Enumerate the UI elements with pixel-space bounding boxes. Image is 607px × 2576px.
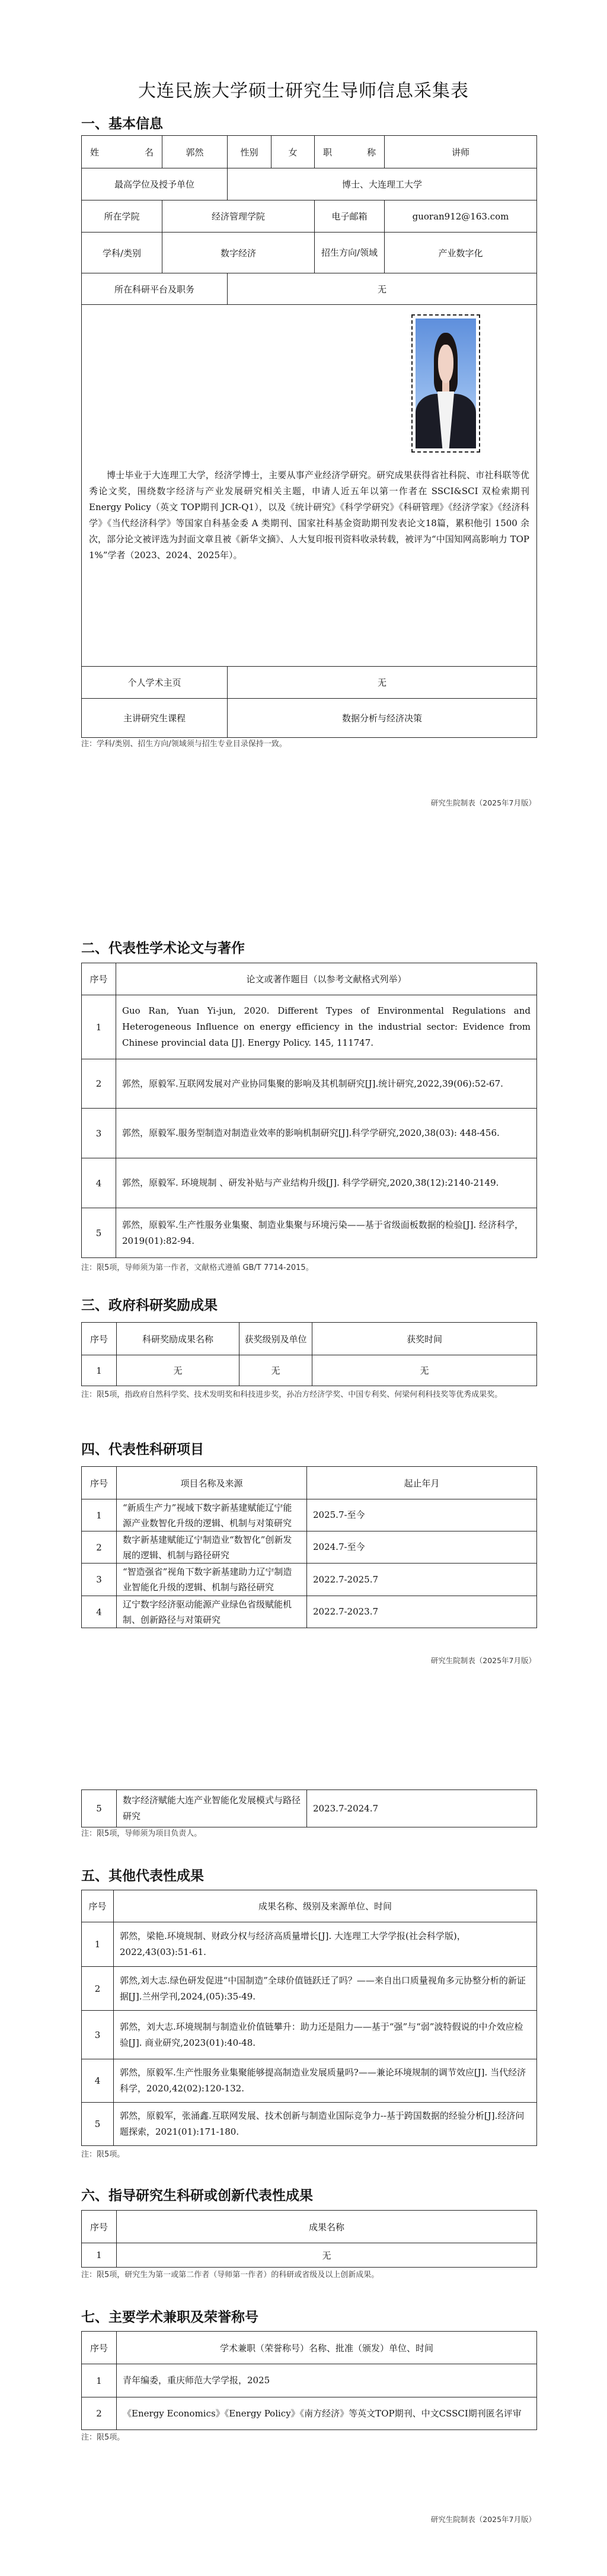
portrait-image [416,319,476,448]
section-heading-projects: 四、代表性科研项目 [81,1438,204,1458]
row-no: 2 [82,1531,117,1564]
project-period: 2022.7-2025.7 [307,1564,537,1596]
col-header-title: 论文或著作题目（以参考文献格式列举） [116,963,537,995]
degree-label: 最高学位及授予单位 [82,168,228,200]
course-value: 数据分析与经济决策 [228,699,537,738]
discipline-value: 数字经济 [162,233,315,273]
table-row: 姓名 郭然 性别 女 职称 讲师 [82,136,537,168]
table-row: 3 “智造强省”视角下数字新基建助力辽宁制造业智能化升级的逻辑、机制与路径研究 … [82,1564,537,1596]
other-achievements-note: 注：限5项。 [81,2149,538,2161]
email-value: guoran912@163.com [385,200,537,233]
row-no: 2 [82,1967,114,2011]
col-header-period: 起止年月 [307,1467,537,1499]
project-name: 数字经济赋能大连产业智能化发展模式与路径研究 [117,1790,307,1827]
table-row: 2 《Energy Economics》《Energy Policy》《南方经济… [82,2397,537,2430]
table-row: 1 无 [82,2243,537,2268]
projects-note: 注：限5项，导师须为项目负责人。 [81,1828,538,1840]
row-no: 4 [82,1158,116,1208]
honor-text: 《Energy Economics》《Energy Policy》《南方经济》等… [117,2397,537,2430]
projects-table-continued: 5 数字经济赋能大连产业智能化发展模式与路径研究 2023.7-2024.7 [81,1789,537,1827]
papers-note: 注：限5项，导师须为第一作者，文献格式遵循 GB/T 7714-2015。 [81,1262,538,1274]
table-row: 所在学院 经济管理学院 电子邮箱 guoran912@163.com [82,200,537,233]
projects-table: 序号 项目名称及来源 起止年月 1 “新质生产力”视域下数字新基建赋能辽宁能源产… [81,1466,537,1628]
award-time: 无 [312,1355,537,1386]
table-row: 最高学位及授予单位 博士、大连理工大学 [82,168,537,200]
section-heading-student-achievements: 六、指导研究生科研或创新代表性成果 [81,2185,313,2204]
college-label: 所在学院 [82,200,162,233]
achievement-name: 无 [117,2243,537,2268]
rank-value: 讲师 [385,136,537,168]
table-row: 序号 成果名称、级别及来源单位、时间 [82,1890,537,1922]
col-header-award-name: 科研奖励成果名称 [117,1323,239,1355]
platform-label: 所在科研平台及职务 [82,273,228,305]
table-row: 2 郭然，原毅军.互联网发展对产业协同集聚的影响及其机制研究[J].统计研究,2… [82,1059,537,1109]
table-row: 序号 项目名称及来源 起止年月 [82,1467,537,1499]
col-header-no: 序号 [82,963,116,995]
project-period: 2023.7-2024.7 [307,1790,537,1827]
college-value: 经济管理学院 [162,200,315,233]
page-footer-3: 研究生院制表（2025年7月版） [431,2514,536,2524]
col-header-no: 序号 [82,2211,117,2243]
paper-citation: 郭然，原毅军.服务型制造对制造业效率的影响机制研究[J].科学学研究,2020,… [116,1109,537,1158]
table-row: 4 郭然，原毅军. 环境规制 、研发补贴与产业结构升级[J]. 科学学研究,20… [82,1158,537,1208]
paper-citation: 郭然，原毅军.生产性服务业集聚、制造业集聚与环境污染——基于省级面板数据的检验[… [116,1208,537,1258]
table-row: 2 数字新基建赋能辽宁制造业“数智化”创新发展的逻辑、机制与路径研究 2024.… [82,1531,537,1564]
row-no: 5 [82,2103,114,2146]
col-header-award-level: 获奖级别及单位 [239,1323,312,1355]
col-header-no: 序号 [82,2332,117,2364]
section-heading-awards: 三、政府科研奖励成果 [81,1294,218,1314]
project-name: 辽宁数字经济驱动能源产业绿色省级赋能机制、创新路径与对策研究 [117,1596,307,1628]
achievement-text: 郭然，原毅军，张涌鑫.互联网发展、技术创新与制造业国际竞争力--基于跨国数据的经… [114,2103,537,2146]
portrait-photo [411,314,480,453]
direction-label: 招生方向/领域 [315,233,385,273]
achievement-text: 郭然，刘大志.环境规制与制造业价值链攀升：助力还是阻力——基于“强”与“弱”波特… [114,2011,537,2059]
project-name: “智造强省”视角下数字新基建助力辽宁制造业智能化升级的逻辑、机制与路径研究 [117,1564,307,1596]
row-no: 1 [82,2243,117,2268]
row-no: 1 [82,995,116,1059]
homepage-value: 无 [228,667,537,699]
direction-value: 产业数字化 [385,233,537,273]
row-no: 1 [82,1499,117,1531]
table-row: 主讲研究生课程 数据分析与经济决策 [82,699,537,738]
page-footer-2: 研究生院制表（2025年7月版） [431,1655,536,1666]
discipline-label: 学科/类别 [82,233,162,273]
row-no: 2 [82,2397,117,2430]
section-heading-honors: 七、主要学术兼职及荣誉称号 [81,2306,258,2326]
col-header-project-name: 项目名称及来源 [117,1467,307,1499]
homepage-label: 个人学术主页 [82,667,228,699]
course-label: 主讲研究生课程 [82,699,228,738]
bio-text: 博士毕业于大连理工大学，经济学博士，主要从事产业经济学研究。研究成果获得省社科院… [89,467,529,563]
table-row: 1 “新质生产力”视域下数字新基建赋能辽宁能源产业数智化升级的逻辑、机制与对策研… [82,1499,537,1531]
row-no: 1 [82,1922,114,1967]
col-header-no: 序号 [82,1323,117,1355]
papers-table: 序号 论文或著作题目（以参考文献格式列举） 1 Guo Ran, Yuan Yi… [81,963,537,1258]
row-no: 3 [82,1564,117,1596]
table-row: 5 郭然，原毅军.生产性服务业集聚、制造业集聚与环境污染——基于省级面板数据的检… [82,1208,537,1258]
project-period: 2024.7-至今 [307,1531,537,1564]
table-row: 3 郭然，原毅军.服务型制造对制造业效率的影响机制研究[J].科学学研究,202… [82,1109,537,1158]
table-row: 1 Guo Ran, Yuan Yi-jun, 2020. Different … [82,995,537,1059]
basic-info-note: 注：学科/类别、招生方向/领域须与招生专业目录保持一致。 [81,738,538,750]
paper-citation: 郭然，原毅军.互联网发展对产业协同集聚的影响及其机制研究[J].统计研究,202… [116,1059,537,1109]
section-heading-basic-info: 一、基本信息 [81,113,163,132]
achievement-text: 郭然,刘大志.绿色研发促进“中国制造”全球价值链跃迁了吗？——来自出口质量视角多… [114,1967,537,2011]
degree-value: 博士、大连理工大学 [228,168,537,200]
awards-table: 序号 科研奖励成果名称 获奖级别及单位 获奖时间 1 无 无 无 [81,1322,537,1386]
col-header-honor: 学术兼职（荣誉称号）名称、批准（颁发）单位、时间 [117,2332,537,2364]
award-name: 无 [117,1355,239,1386]
table-row: 序号 学术兼职（荣誉称号）名称、批准（颁发）单位、时间 [82,2332,537,2364]
platform-value: 无 [228,273,537,305]
project-name: “新质生产力”视域下数字新基建赋能辽宁能源产业数智化升级的逻辑、机制与对策研究 [117,1499,307,1531]
col-header-award-time: 获奖时间 [312,1323,537,1355]
awards-note: 注：限5项，指政府自然科学奖、技术发明奖和科技进步奖，孙冶方经济学奖、中国专利奖… [81,1387,538,1403]
honor-text: 青年编委，重庆师范大学学报，2025 [117,2364,537,2397]
gender-value: 女 [271,136,315,168]
table-row: 5 郭然，原毅军，张涌鑫.互联网发展、技术创新与制造业国际竞争力--基于跨国数据… [82,2103,537,2146]
table-row: 个人学术主页 无 [82,667,537,699]
table-row: 序号 论文或著作题目（以参考文献格式列举） [82,963,537,995]
row-no: 3 [82,2011,114,2059]
table-row: 1 无 无 无 [82,1355,537,1386]
honors-table: 序号 学术兼职（荣誉称号）名称、批准（颁发）单位、时间 1 青年编委，重庆师范大… [81,2331,537,2430]
col-header-no: 序号 [82,1890,114,1922]
other-achievements-table: 序号 成果名称、级别及来源单位、时间 1 郭然，梁艳.环境规制、财政分权与经济高… [81,1890,537,2146]
table-row: 3 郭然，刘大志.环境规制与制造业价值链攀升：助力还是阻力——基于“强”与“弱”… [82,2011,537,2059]
page-title: 大连民族大学硕士研究生导师信息采集表 [0,76,607,102]
row-no: 4 [82,2059,114,2103]
page-footer-1: 研究生院制表（2025年7月版） [431,797,536,808]
col-header-achievement: 成果名称、级别及来源单位、时间 [114,1890,537,1922]
row-no: 2 [82,1059,116,1109]
table-row: 4 郭然，原毅军.生产性服务业集聚能够提高制造业发展质量吗?——兼论环境规制的调… [82,2059,537,2103]
project-period: 2025.7-至今 [307,1499,537,1531]
student-achievements-table: 序号 成果名称 1 无 [81,2210,537,2268]
row-no: 3 [82,1109,116,1158]
table-row: 1 郭然，梁艳.环境规制、财政分权与经济高质量增长[J]. 大连理工大学学报(社… [82,1922,537,1967]
award-level: 无 [239,1355,312,1386]
basic-info-table: 姓名 郭然 性别 女 职称 讲师 最高学位及授予单位 博士、大连理工大学 所在学… [81,135,537,738]
table-row: 序号 成果名称 [82,2211,537,2243]
table-row: 博士毕业于大连理工大学，经济学博士，主要从事产业经济学研究。研究成果获得省社科院… [82,305,537,667]
section-heading-other-achievements: 五、其他代表性成果 [81,1865,204,1884]
row-no: 5 [82,1208,116,1258]
table-row: 所在科研平台及职务 无 [82,273,537,305]
table-row: 学科/类别 数字经济 招生方向/领域 产业数字化 [82,233,537,273]
achievement-text: 郭然，原毅军.生产性服务业集聚能够提高制造业发展质量吗?——兼论环境规制的调节效… [114,2059,537,2103]
section-heading-papers: 二、代表性学术论文与著作 [81,937,245,957]
student-achievements-note: 注：限5项，研究生为第一或第二作者（导师第一作者）的科研或省级及以上创新成果。 [81,2269,538,2281]
project-name: 数字新基建赋能辽宁制造业“数智化”创新发展的逻辑、机制与路径研究 [117,1531,307,1564]
row-no: 5 [82,1790,117,1827]
paper-citation: Guo Ran, Yuan Yi-jun, 2020. Different Ty… [116,995,537,1059]
honors-note: 注：限5项。 [81,2432,538,2444]
table-row: 2 郭然,刘大志.绿色研发促进“中国制造”全球价值链跃迁了吗？——来自出口质量视… [82,1967,537,2011]
bio-cell: 博士毕业于大连理工大学，经济学博士，主要从事产业经济学研究。研究成果获得省社科院… [82,305,537,667]
table-row: 4 辽宁数字经济驱动能源产业绿色省级赋能机制、创新路径与对策研究 2022.7-… [82,1596,537,1628]
row-no: 1 [82,1355,117,1386]
table-row: 5 数字经济赋能大连产业智能化发展模式与路径研究 2023.7-2024.7 [82,1790,537,1827]
paper-citation: 郭然，原毅军. 环境规制 、研发补贴与产业结构升级[J]. 科学学研究,2020… [116,1158,537,1208]
name-label: 姓名 [82,136,162,168]
project-period: 2022.7-2023.7 [307,1596,537,1628]
rank-label: 职称 [315,136,385,168]
gender-label: 性别 [228,136,271,168]
name-value: 郭然 [162,136,228,168]
table-row: 序号 科研奖励成果名称 获奖级别及单位 获奖时间 [82,1323,537,1355]
email-label: 电子邮箱 [315,200,385,233]
achievement-text: 郭然，梁艳.环境规制、财政分权与经济高质量增长[J]. 大连理工大学学报(社会科… [114,1922,537,1967]
col-header-no: 序号 [82,1467,117,1499]
row-no: 4 [82,1596,117,1628]
col-header-achievement-name: 成果名称 [117,2211,537,2243]
table-row: 1 青年编委，重庆师范大学学报，2025 [82,2364,537,2397]
row-no: 1 [82,2364,117,2397]
